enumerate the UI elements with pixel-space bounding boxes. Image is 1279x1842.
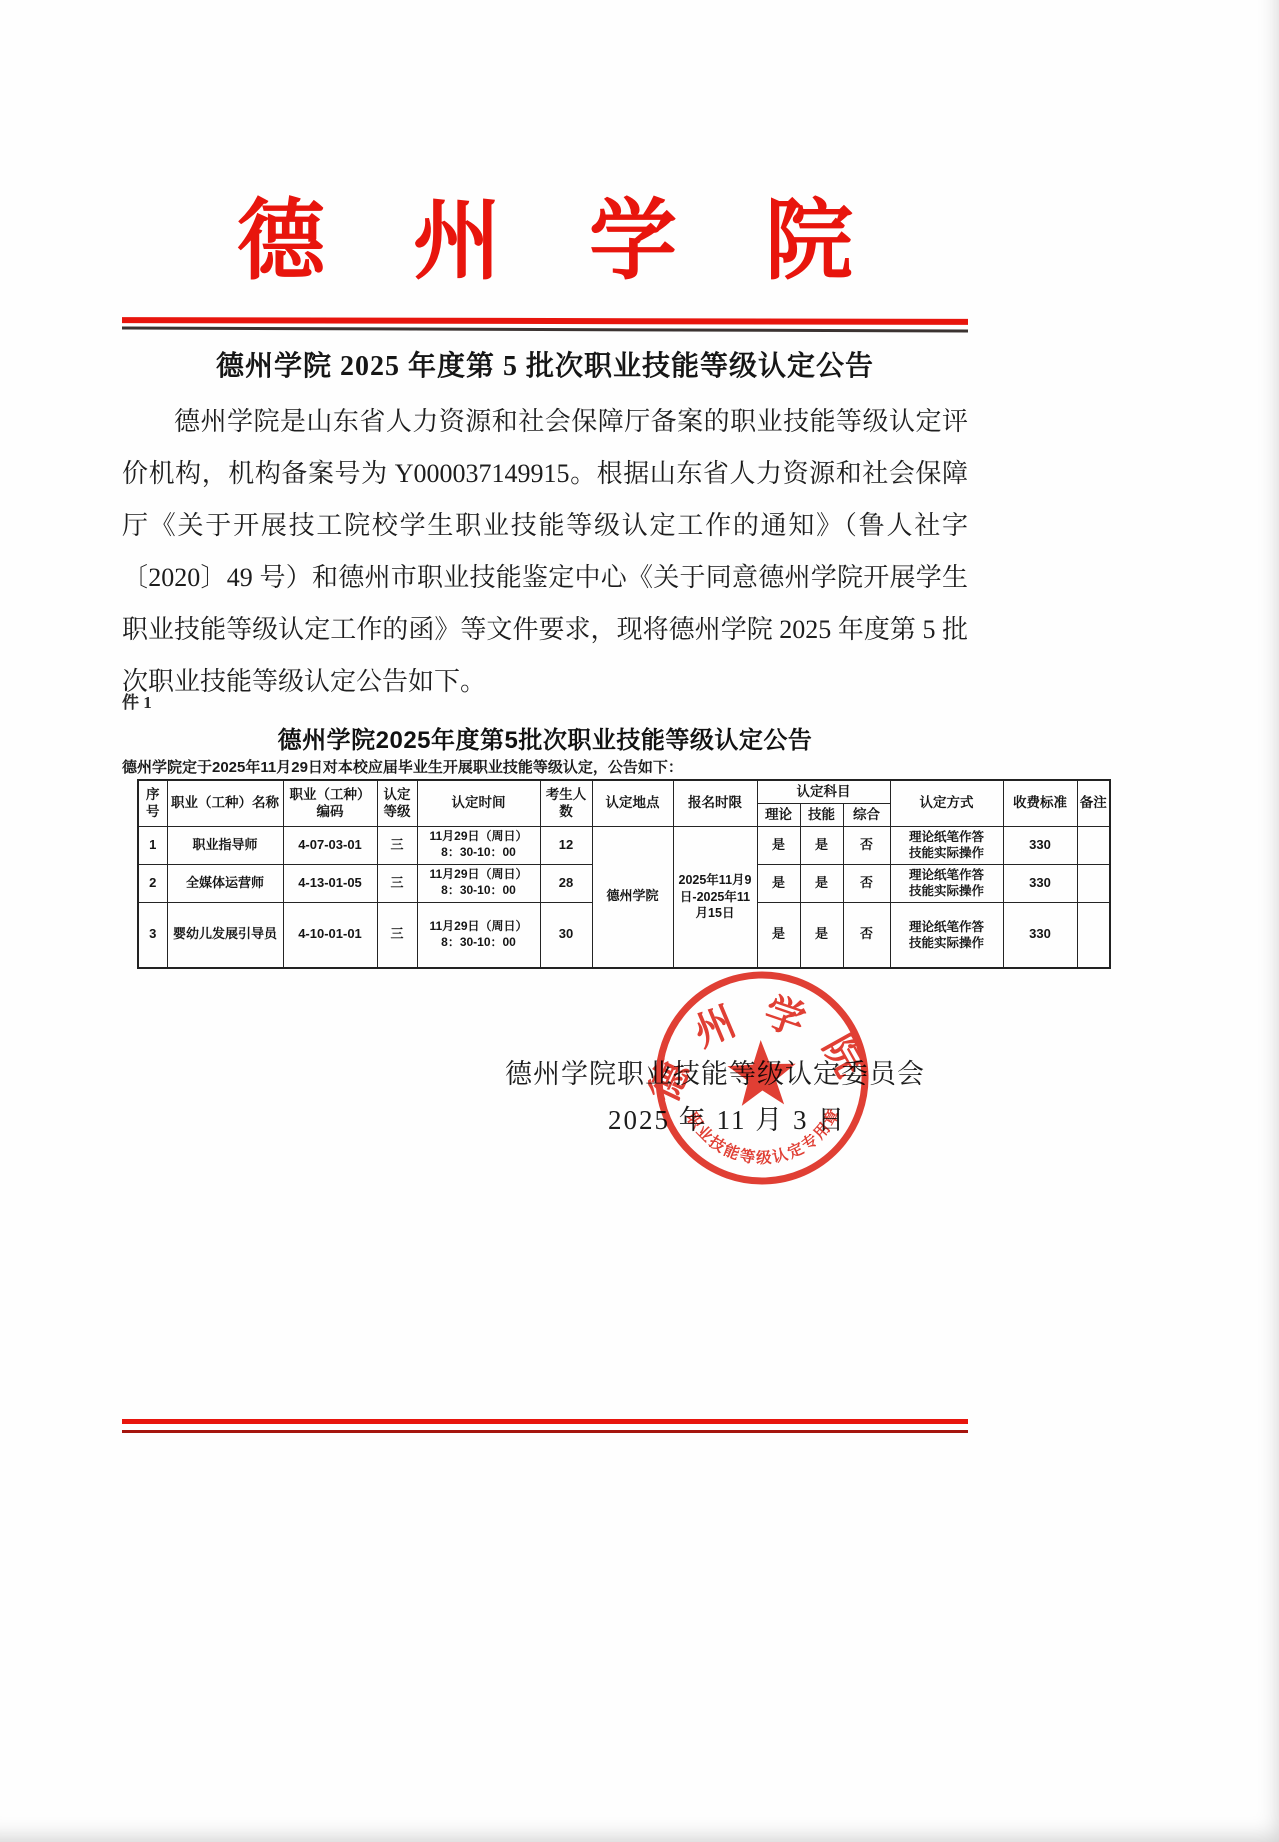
cell-code: 4-07-03-01 <box>283 826 377 864</box>
header-subjects: 认定科目 <box>757 780 890 803</box>
table-header-row-1: 序号 职业（工种）名称 职业（工种）编码 认定等级 认定时间 考生人数 认定地点… <box>138 780 1110 803</box>
cell-time: 11月29日（周日） 8：30-10：00 <box>417 826 540 864</box>
cell-method: 理论纸笔作答 技能实际操作 <box>890 864 1003 902</box>
header-seq: 序号 <box>138 780 167 826</box>
cell-skill: 是 <box>800 902 843 968</box>
attachment-label: 件 1 <box>122 688 968 713</box>
header-occupation-code: 职业（工种）编码 <box>283 780 377 826</box>
cell-comprehensive: 否 <box>843 826 890 864</box>
header-subject-comprehensive: 综合 <box>843 803 890 826</box>
header-subject-theory: 理论 <box>757 803 800 826</box>
header-subject-skill: 技能 <box>800 803 843 826</box>
cell-candidates: 12 <box>540 826 592 864</box>
official-seal-stamp: 德州学院 职业技能等级认定专用章 <box>644 960 880 1196</box>
star-icon <box>726 1039 797 1106</box>
cell-level: 三 <box>377 826 417 864</box>
cell-time: 11月29日（周日） 8：30-10：00 <box>417 902 540 968</box>
footer-rule-dark <box>122 1430 968 1433</box>
header-fee: 收费标准 <box>1003 780 1077 826</box>
document-title: 德州学院 2025 年度第 5 批次职业技能等级认定公告 <box>122 344 968 384</box>
cell-level: 三 <box>377 864 417 902</box>
cell-name: 婴幼儿发展引导员 <box>167 902 283 968</box>
body-paragraph: 德州学院是山东省人力资源和社会保障厅备案的职业技能等级认定评价机构，机构备案号为… <box>122 396 968 708</box>
cell-seq: 3 <box>138 902 167 968</box>
cell-level: 三 <box>377 902 417 968</box>
table-intro: 德州学院定于2025年11月29日对本校应届毕业生开展职业技能等级认定，公告如下… <box>122 756 968 777</box>
certification-table: 序号 职业（工种）名称 职业（工种）编码 认定等级 认定时间 考生人数 认定地点… <box>137 779 1111 969</box>
cell-method: 理论纸笔作答 技能实际操作 <box>890 902 1003 968</box>
cell-candidates: 30 <box>540 902 592 968</box>
cell-theory: 是 <box>757 902 800 968</box>
cell-skill: 是 <box>800 864 843 902</box>
header-rule-dark <box>122 327 968 332</box>
cell-method: 理论纸笔作答 技能实际操作 <box>890 826 1003 864</box>
header-level: 认定等级 <box>377 780 417 826</box>
header-rule-red <box>122 317 968 325</box>
cell-theory: 是 <box>757 826 800 864</box>
document-page: 德 州 学 院 德州学院 2025 年度第 5 批次职业技能等级认定公告 德州学… <box>0 0 1279 1842</box>
cell-fee: 330 <box>1003 826 1077 864</box>
cell-fee: 330 <box>1003 864 1077 902</box>
cell-time: 11月29日（周日） 8：30-10：00 <box>417 864 540 902</box>
cell-remark <box>1077 826 1110 864</box>
footer-rule-red <box>122 1419 968 1424</box>
header-location: 认定地点 <box>592 780 673 826</box>
cell-remark <box>1077 864 1110 902</box>
table-row: 1 职业指导师 4-07-03-01 三 11月29日（周日） 8：30-10：… <box>138 826 1110 864</box>
cell-name: 职业指导师 <box>167 826 283 864</box>
cell-comprehensive: 否 <box>843 902 890 968</box>
cell-candidates: 28 <box>540 864 592 902</box>
header-registration: 报名时限 <box>673 780 757 826</box>
table-title: 德州学院2025年度第5批次职业技能等级认定公告 <box>122 720 968 755</box>
cell-name: 全媒体运营师 <box>167 864 283 902</box>
cell-theory: 是 <box>757 864 800 902</box>
cell-seq: 1 <box>138 826 167 864</box>
header-occupation-name: 职业（工种）名称 <box>167 780 283 826</box>
header-candidates: 考生人数 <box>540 780 592 826</box>
cell-registration-merged: 2025年11月9日-2025年11月15日 <box>673 826 757 968</box>
cell-skill: 是 <box>800 826 843 864</box>
header-remark: 备注 <box>1077 780 1110 826</box>
header-method: 认定方式 <box>890 780 1003 826</box>
cell-seq: 2 <box>138 864 167 902</box>
cell-code: 4-13-01-05 <box>283 864 377 902</box>
cell-remark <box>1077 902 1110 968</box>
header-time: 认定时间 <box>417 780 540 826</box>
cell-code: 4-10-01-01 <box>283 902 377 968</box>
cell-comprehensive: 否 <box>843 864 890 902</box>
university-name: 德 州 学 院 <box>122 188 968 298</box>
cell-fee: 330 <box>1003 902 1077 968</box>
cell-location-merged: 德州学院 <box>592 826 673 968</box>
